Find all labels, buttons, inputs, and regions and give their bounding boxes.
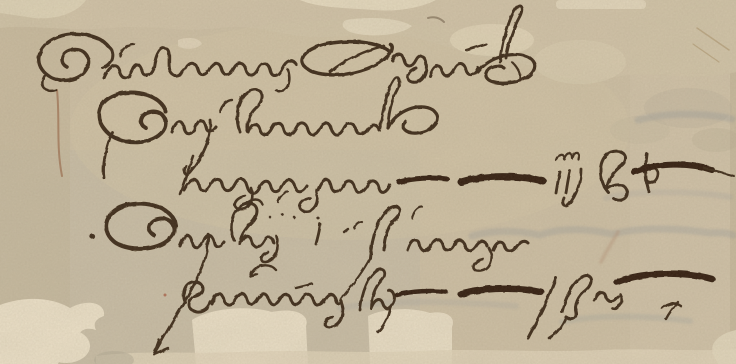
manuscript-line-tax-2: pantepends — — j hud ×: [178, 274, 544, 304]
tax-amount: iij: [445, 158, 470, 188]
manuscript-line-heading: Buldberouver Rughstadt: [26, 38, 475, 79]
tax-unit: tzk: [521, 158, 561, 188]
leader-dashes: — —: [350, 274, 410, 304]
tax-amount-superscript: m: [488, 167, 503, 185]
farm-name: Wej dije Stuiregn: [92, 202, 355, 237]
leader-dashes: — —: [367, 158, 427, 188]
trailing-mark: ×: [522, 274, 544, 304]
manuscript-page: Buldberouver Rughstadt Wej Rimestad lodn…: [0, 0, 736, 364]
tax-unit: hud: [454, 274, 504, 304]
tax-label: lodnes pends: [176, 158, 349, 188]
manuscript-line-farm-2: Wej dije Stuiregn: [92, 202, 355, 237]
manuscript-line-farm-1: Wej Rimestad: [100, 94, 308, 129]
manuscript-line-tax-1: lodnes pends — — iij m tzk: [176, 158, 561, 188]
tax-amount: j: [428, 274, 436, 304]
tax-label: pantepends: [178, 274, 332, 304]
heading-text: Buldberouver Rughstadt: [26, 38, 475, 79]
farm-name: Wej Rimestad: [100, 94, 308, 129]
transcription-layer: Buldberouver Rughstadt Wej Rimestad lodn…: [0, 0, 736, 364]
